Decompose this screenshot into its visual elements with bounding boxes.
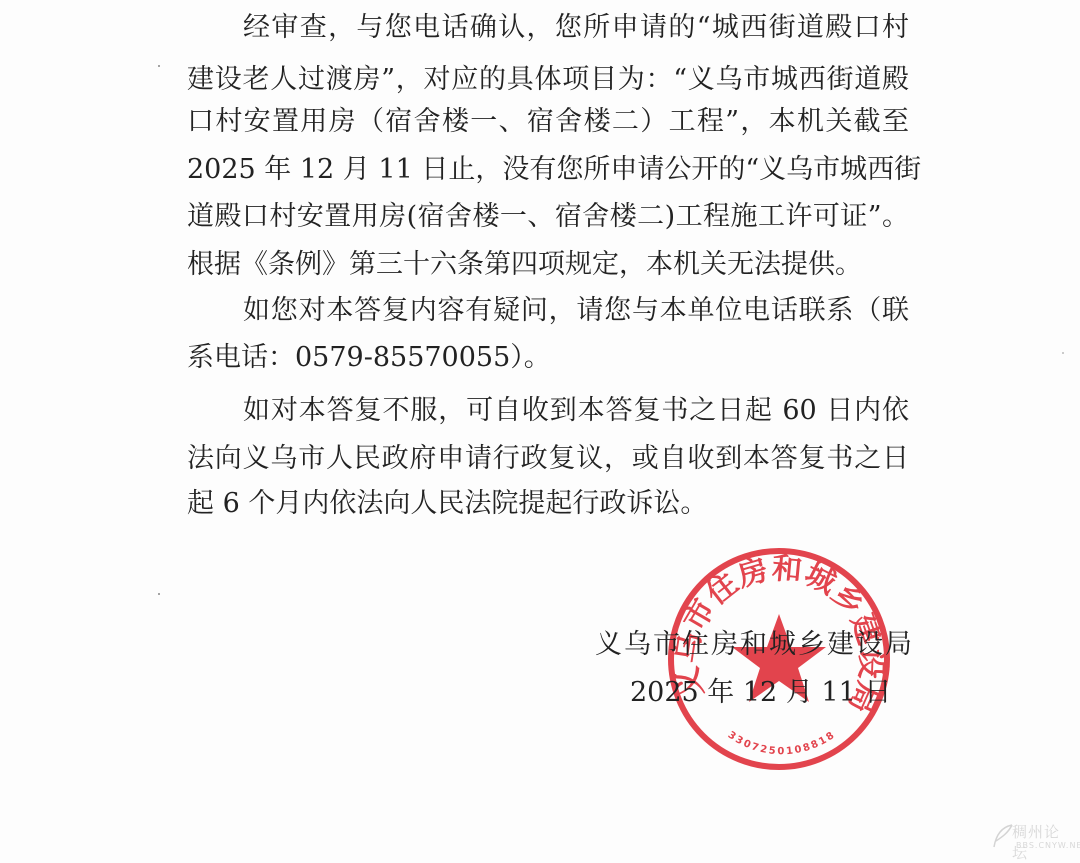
forum-watermark: 稠州论坛 BBS.CNYW.NET bbox=[964, 819, 1074, 855]
signature-date: 2025 年 12 月 11 日 bbox=[630, 676, 891, 710]
document-page: 经审查，与您电话确认，您所申请的“城西街道殿口村 建设老人过渡房”，对应的具体项… bbox=[0, 0, 1080, 863]
paragraph-1-line-4: 2025 年 12 月 11 日止，没有您所申请公开的“义乌市城西街 bbox=[187, 153, 909, 187]
signature-organization: 义乌市住房和城乡建设局 bbox=[595, 628, 914, 662]
paragraph-1-line-1: 经审查，与您电话确认，您所申请的“城西街道殿口村 bbox=[243, 11, 909, 45]
paragraph-2-line-2: 系电话：0579-85570055）。 bbox=[187, 341, 909, 375]
paragraph-3-line-2: 法向义乌市人民政府申请行政复议，或自收到本答复书之日 bbox=[187, 442, 909, 476]
watermark-url: BBS.CNYW.NET bbox=[1016, 841, 1080, 850]
scan-speck bbox=[158, 65, 160, 67]
paragraph-3-line-3: 起 6 个月内依法向人民法院提起行政诉讼。 bbox=[187, 487, 909, 521]
quill-icon bbox=[992, 823, 1014, 849]
scan-speck bbox=[158, 593, 160, 595]
paragraph-3-line-1: 如对本答复不服，可自收到本答复书之日起 60 日内依 bbox=[243, 394, 909, 428]
stamp-code: 3307250108818 bbox=[726, 729, 838, 757]
paragraph-1-line-2: 建设老人过渡房”，对应的具体项目为：“义乌市城西街道殿 bbox=[187, 63, 909, 97]
scan-speck bbox=[1062, 352, 1064, 354]
paragraph-1-line-6: 根据《条例》第三十六条第四项规定，本机关无法提供。 bbox=[187, 248, 909, 282]
svg-text:3307250108818: 3307250108818 bbox=[726, 729, 838, 757]
paragraph-1-line-5: 道殿口村安置用房(宿舍楼一、宿舍楼二)工程施工许可证”。 bbox=[187, 200, 909, 234]
paragraph-2-line-1: 如您对本答复内容有疑问，请您与本单位电话联系（联 bbox=[243, 294, 909, 328]
paragraph-1-line-3: 口村安置用房（宿舍楼一、宿舍楼二）工程”，本机关截至 bbox=[187, 105, 909, 139]
